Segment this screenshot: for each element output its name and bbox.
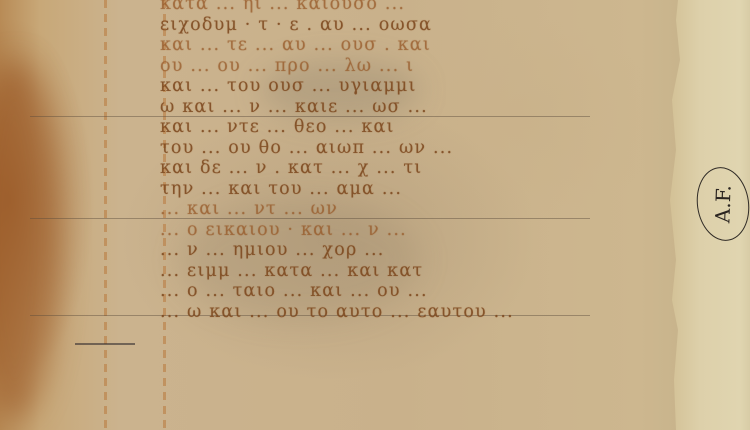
text-line: ... ο εικαιου · και ... ν ... bbox=[160, 220, 680, 241]
text-line: και ... τε ... αυ ... ουσ . και bbox=[160, 35, 680, 56]
text-line: ... ν ... ημιου ... χορ ... bbox=[160, 240, 680, 261]
text-line: και ... του ουσ ... υγιαμμι bbox=[160, 76, 680, 97]
stamp-text: A.F. bbox=[710, 185, 735, 224]
text-line: ειχοδυμ · τ · ε . αυ ... οωσα bbox=[160, 15, 680, 36]
text-line: και ... ντε ... θεο ... και bbox=[160, 117, 680, 138]
text-line: του ... ου θο ... αιωπ ... ων ... bbox=[160, 138, 680, 159]
text-line: και δε ... ν . κατ ... χ ... τι bbox=[160, 158, 680, 179]
text-line: ω και ... ν ... καιε ... ωσ ... bbox=[160, 97, 680, 118]
ink-mark bbox=[75, 343, 135, 345]
text-line: ... ο ... ταιο ... και ... ου ... bbox=[160, 281, 680, 302]
text-line: την ... και του ... αμα ... bbox=[160, 179, 680, 200]
left-margin-stain bbox=[0, 60, 60, 420]
text-line: ... ω και ... ου το αυτο ... εαυτου ... bbox=[160, 302, 680, 323]
manuscript-photo: κατα ... ηι ... καιουσο ... ειχοδυμ · τ … bbox=[0, 0, 750, 430]
text-line: ... ειμμ ... κατα ... και κατ bbox=[160, 261, 680, 282]
text-line: ου ... ου ... προ ... λω ... ι bbox=[160, 56, 680, 77]
text-line: ... και ... ντ ... ων bbox=[160, 199, 680, 220]
ruling-line bbox=[104, 0, 107, 430]
text-line: κατα ... ηι ... καιουσο ... bbox=[160, 0, 680, 15]
manuscript-text: κατα ... ηι ... καιουσο ... ειχοδυμ · τ … bbox=[160, 0, 680, 322]
